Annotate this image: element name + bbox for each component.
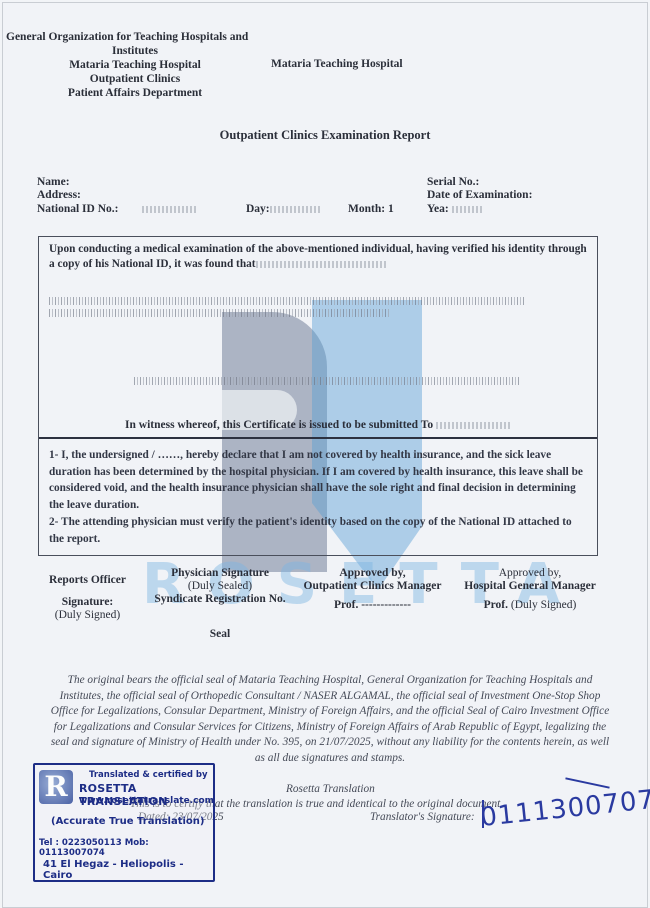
declaration-1: 1- I, the undersigned / ……, hereby decla…	[49, 447, 587, 513]
stamp-line: Tel : 0223050113 Mob: 01113007074	[39, 838, 213, 858]
reports-officer-block: Reports Officer Signature: (Duly Signed)	[40, 574, 135, 622]
stamp-line: Translated & certified by	[89, 770, 208, 780]
org-line: Institutes	[0, 44, 270, 58]
syndicate-registration-label: Syndicate Registration No.	[145, 593, 295, 606]
finding-redacted	[256, 261, 386, 268]
general-manager-note: (Duly Signed)	[511, 599, 576, 611]
month-label: Month: 1	[348, 203, 394, 216]
day-redacted	[270, 206, 322, 213]
reports-officer-title: Reports Officer	[40, 574, 135, 587]
name-label: Name:	[37, 176, 70, 189]
national-id-redacted	[142, 206, 196, 213]
intro-text: Upon conducting a medical examination of…	[49, 242, 587, 272]
stamp-line: 41 El Hegaz - Heliopolis - Cairo	[43, 859, 213, 881]
redacted-line	[134, 377, 519, 385]
recipient-redacted	[436, 422, 511, 429]
section-divider	[39, 437, 597, 439]
reports-officer-signature-label: Signature:	[40, 596, 135, 609]
reports-officer-note: (Duly Signed)	[40, 609, 135, 622]
physician-note: (Duly Sealed)	[145, 580, 295, 593]
month-label-text: Month:	[348, 203, 385, 215]
stamp-line: (Accurate True Translation)	[51, 816, 204, 827]
day-label-text: Day:	[246, 203, 270, 215]
clinics-manager-approved: Approved by,	[295, 567, 450, 580]
serial-label: Serial No.:	[427, 176, 479, 189]
physician-block: Physician Signature (Duly Sealed) Syndic…	[145, 567, 295, 606]
org-line: General Organization for Teaching Hospit…	[0, 30, 270, 44]
declaration-2: 2- The attending physician must verify t…	[49, 514, 587, 547]
translation-stamp: R Translated & certified by ROSETTA TRAN…	[33, 763, 215, 882]
redacted-line	[49, 297, 524, 305]
day-label: Day:	[246, 203, 322, 216]
witness-text-content: In witness whereof, this Certificate is …	[125, 419, 433, 431]
exam-date-label: Date of Examination:	[427, 189, 532, 202]
clinics-manager-prof: Prof. -------------	[295, 599, 450, 612]
year-label: Yea:	[427, 203, 482, 216]
year-label-text: Yea:	[427, 203, 449, 215]
witness-text: In witness whereof, this Certificate is …	[39, 419, 597, 431]
redacted-line	[49, 309, 389, 317]
org-line: Mataria Teaching Hospital	[0, 58, 270, 72]
rosetta-logo-icon: R	[39, 770, 73, 804]
organization-header: General Organization for Teaching Hospit…	[0, 30, 270, 100]
general-manager-prof: Prof.	[484, 599, 508, 611]
clinics-manager-block: Approved by, Outpatient Clinics Manager …	[295, 567, 450, 612]
physician-title: Physician Signature	[145, 567, 295, 580]
examination-box: Upon conducting a medical examination of…	[38, 236, 598, 556]
stamp-line: www.rosettatranslate.com	[79, 796, 214, 806]
translator-signature-label: Translator's Signature:	[370, 811, 475, 823]
legalization-note: The original bears the official seal of …	[50, 673, 610, 767]
month-value: 1	[388, 203, 394, 215]
org-line: Outpatient Clinics	[0, 72, 270, 86]
translator-name: Rosetta Translation	[286, 783, 375, 795]
page-title: Outpatient Clinics Examination Report	[0, 128, 650, 143]
national-id-label: National ID No.:	[37, 203, 118, 216]
hospital-name-right: Mataria Teaching Hospital	[271, 58, 403, 70]
seal-label: Seal	[195, 628, 245, 641]
year-redacted	[452, 206, 482, 213]
clinics-manager-title: Outpatient Clinics Manager	[295, 580, 450, 593]
org-line: Patient Affairs Department	[0, 86, 270, 100]
address-label: Address:	[37, 189, 81, 202]
general-manager-block: Approved by, Hospital General Manager Pr…	[455, 567, 605, 612]
general-manager-title: Hospital General Manager	[455, 580, 605, 593]
general-manager-approved: Approved by,	[455, 567, 605, 580]
